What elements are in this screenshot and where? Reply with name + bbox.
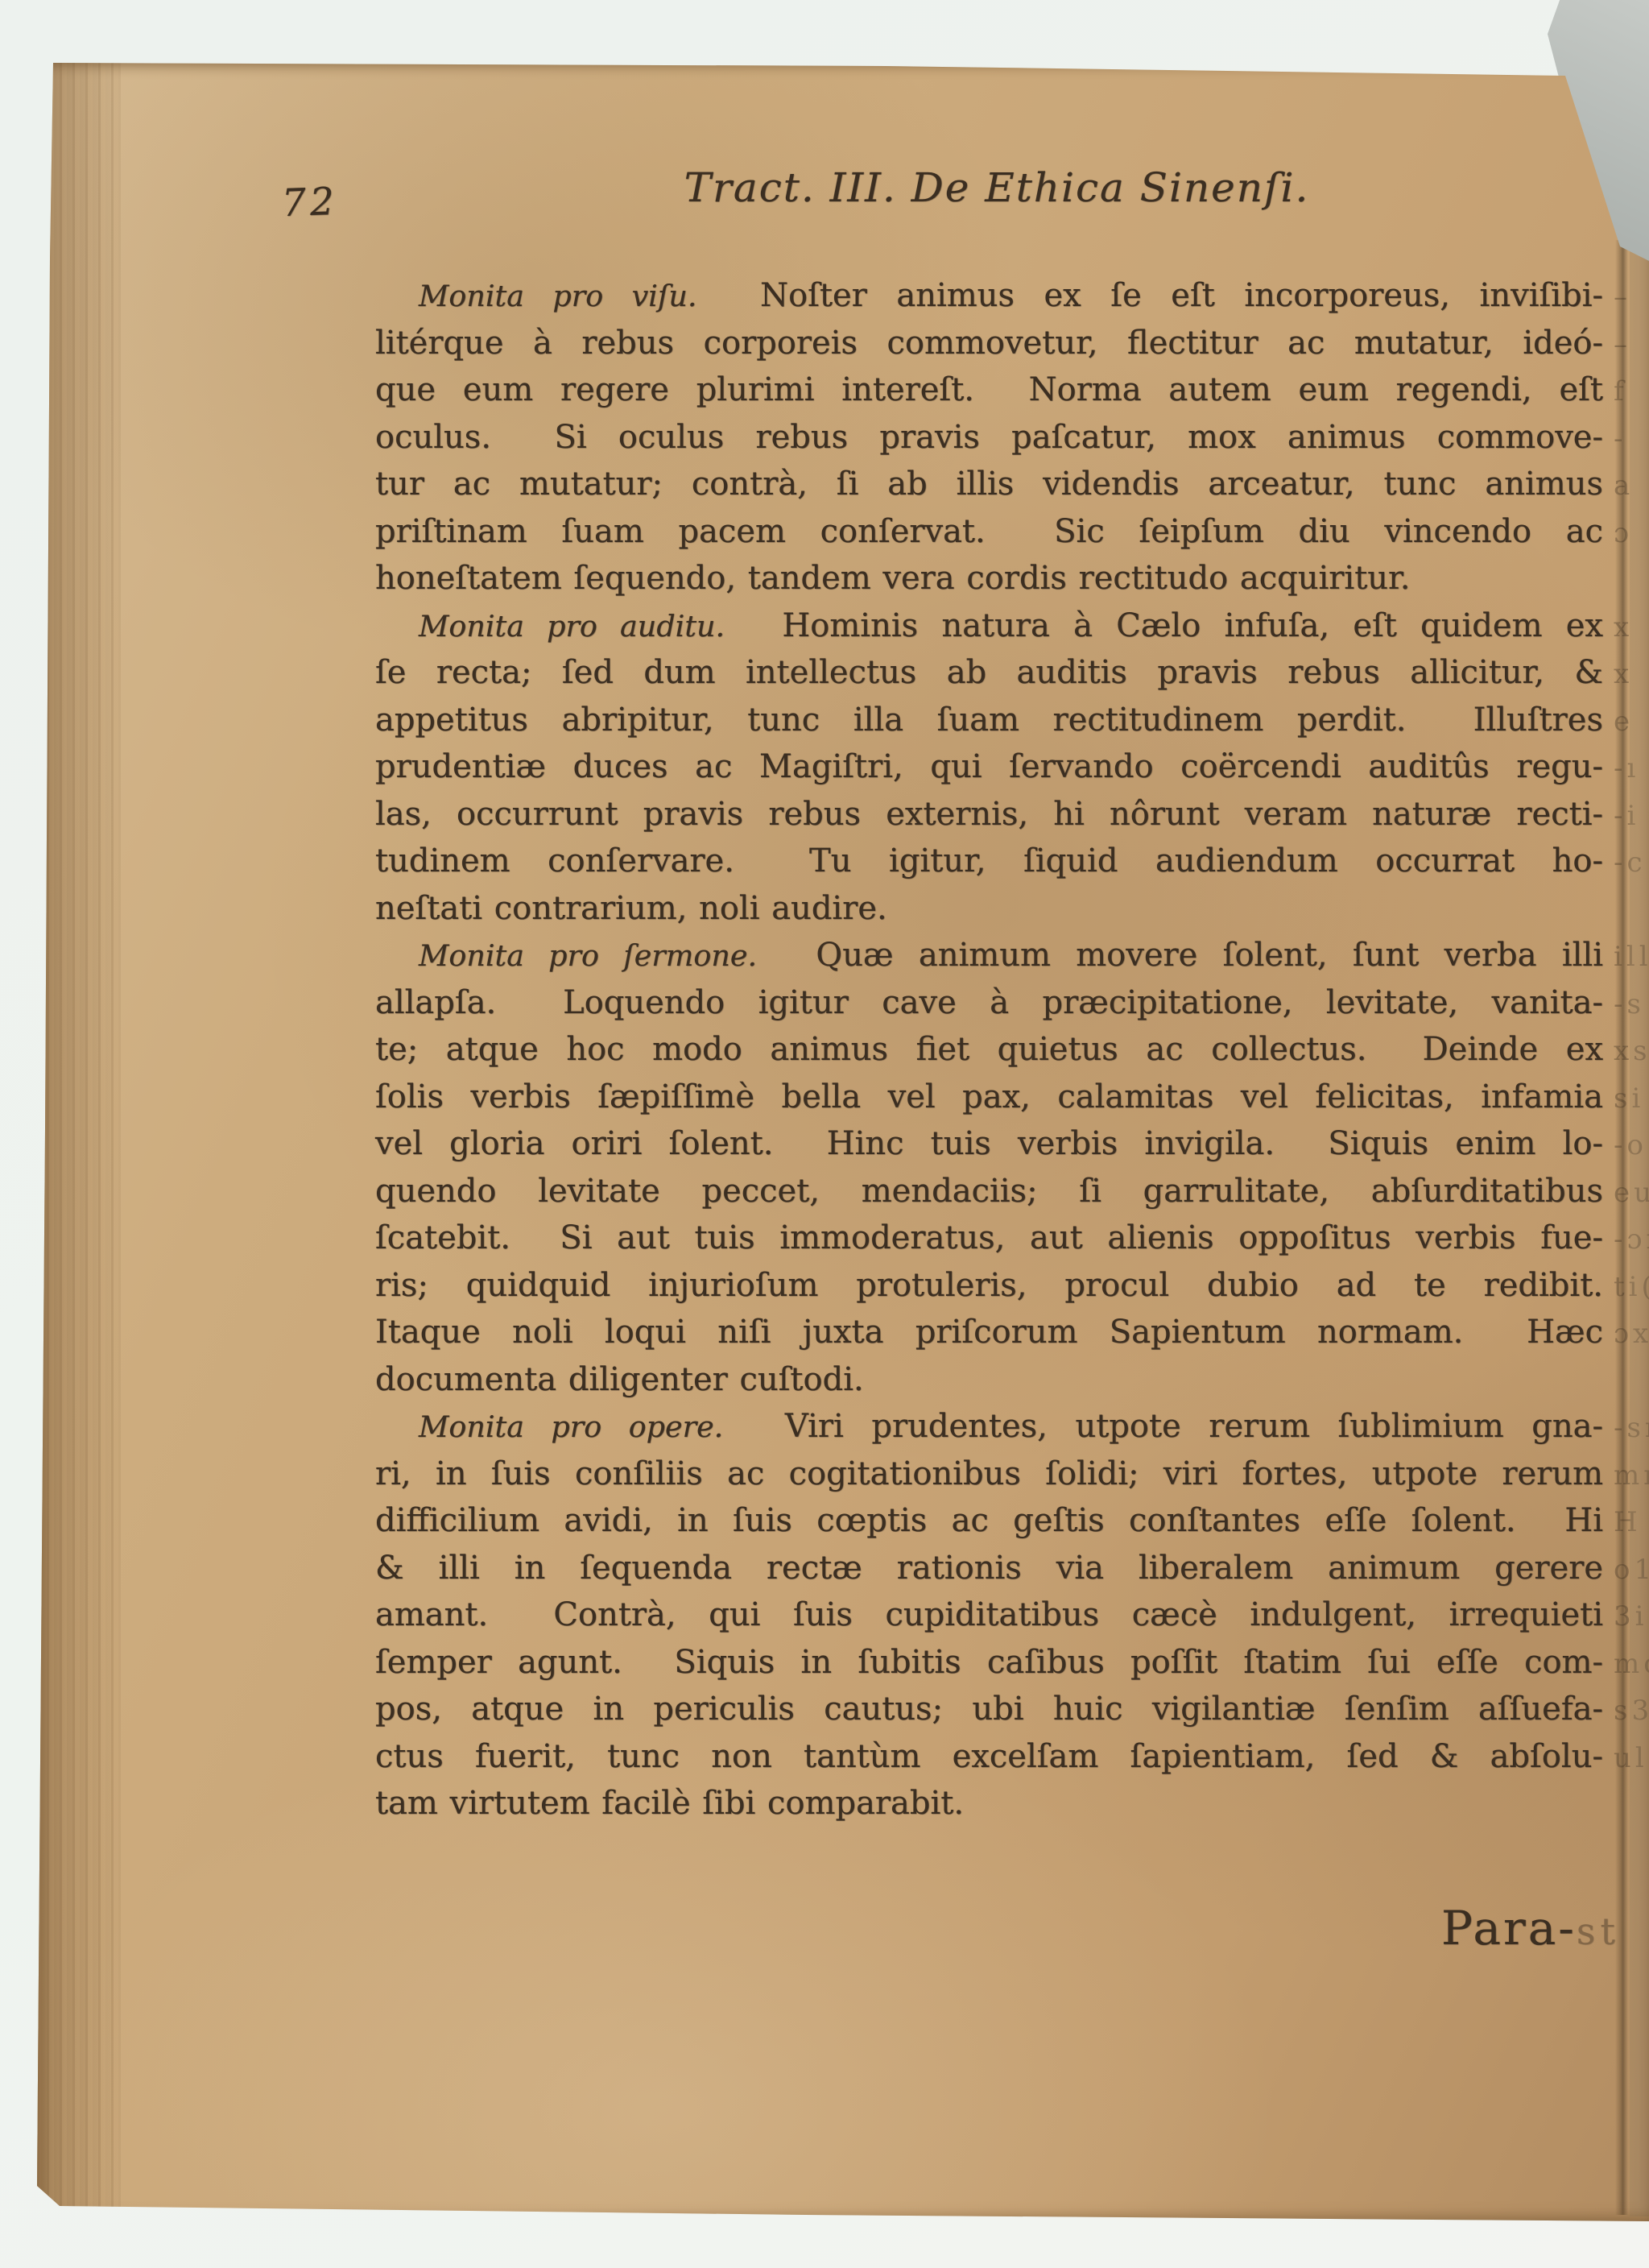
catchword-text: Para- xyxy=(1441,1901,1577,1956)
text-line: Monita pro ſermone. Quæ animum movere ſo… xyxy=(375,932,1603,979)
book-page: 72 Tract. III. De Ethica Sinenſi. Monita… xyxy=(0,0,1649,2268)
page-crease xyxy=(1615,240,1628,2215)
paragraph: Monita pro ſermone. Quæ animum movere ſo… xyxy=(375,932,1603,1403)
running-title: Tract. III. De Ethica Sinenſi. xyxy=(681,164,1312,211)
text-line: neſtati contrarium, noli audire. xyxy=(375,885,1603,933)
text-line: & illi in ſequenda rectæ rationis via li… xyxy=(375,1545,1603,1592)
line-text: & illi in ſequenda rectæ rationis via li… xyxy=(375,1550,1603,1587)
text-line: las, occurrunt pravis rebus externis, hi… xyxy=(375,791,1603,838)
text-line: ſemper agunt. Siquis in ſubitis caſibus … xyxy=(375,1639,1603,1687)
text-line: prudentiæ duces ac Magiſtri, qui ſervand… xyxy=(375,743,1603,791)
line-text: litérque à rebus corporeis commovetur, f… xyxy=(375,325,1603,362)
text-line: ſe recta; ſed dum intellectus ab auditis… xyxy=(375,649,1603,697)
catchword-bleed: st xyxy=(1577,1910,1620,1953)
text-line: difficilium avidi, in ſuis cœptis ac geſ… xyxy=(375,1497,1603,1545)
text-line: amant. Contrà, qui ſuis cupiditatibus cæ… xyxy=(375,1591,1603,1639)
text-line: ctus fuerit, tunc non tantùm excelſam ſa… xyxy=(375,1733,1603,1781)
text-line: ſolis verbis ſæpiſſimè bella vel pax, ca… xyxy=(375,1074,1603,1121)
text-line: tudinem conſervare. Tu igitur, ſiquid au… xyxy=(375,838,1603,885)
line-text: ris; quidquid injurioſum protuleris, pro… xyxy=(375,1267,1603,1304)
line-text: pos, atque in periculis cautus; ubi huic… xyxy=(375,1691,1603,1728)
text-line: Monita pro viſu. Noſter animus ex ſe eſt… xyxy=(375,272,1603,320)
paragraph-label: Monita pro auditu. xyxy=(419,609,725,644)
text-block: Monita pro viſu. Noſter animus ex ſe eſt… xyxy=(375,272,1603,1827)
line-text: Viri prudentes, utpote rerum ſublimium g… xyxy=(785,1408,1603,1445)
line-text: te; atque hoc modo animus fiet quietus a… xyxy=(375,1031,1603,1068)
text-line: tur ac mutatur; contrà, ſi ab illis vide… xyxy=(375,461,1603,508)
paragraph-label: Monita pro opere. xyxy=(419,1409,723,1444)
line-text: tudinem conſervare. Tu igitur, ſiquid au… xyxy=(375,842,1603,879)
text-line: vel gloria oriri ſolent. Hinc tuis verbi… xyxy=(375,1120,1603,1168)
line-text: neſtati contrarium, noli audire. xyxy=(375,890,887,927)
text-line: ri, in ſuis conſiliis ac cogitationibus … xyxy=(375,1451,1603,1498)
paragraph: Monita pro opere. Viri prudentes, utpote… xyxy=(375,1403,1603,1827)
line-text: honeſtatem ſequendo, tandem vera cordis … xyxy=(375,560,1411,597)
spine-edge xyxy=(34,56,121,2215)
catchword: Para-st xyxy=(1441,1901,1620,1956)
line-text: Hominis natura à Cælo infuſa, eſt quidem… xyxy=(782,607,1603,644)
line-text: ctus fuerit, tunc non tantùm excelſam ſa… xyxy=(375,1738,1603,1775)
line-text: priſtinam ſuam pacem conſervat. Sic ſeip… xyxy=(375,513,1603,550)
line-text: prudentiæ duces ac Magiſtri, qui ſervand… xyxy=(375,748,1603,785)
line-text: tam virtutem facilè ſibi comparabit. xyxy=(375,1785,964,1822)
line-text: Itaque noli loqui niſi juxta priſcorum S… xyxy=(375,1314,1603,1351)
text-line: te; atque hoc modo animus fiet quietus a… xyxy=(375,1026,1603,1074)
paragraph: Monita pro auditu. Hominis natura à Cælo… xyxy=(375,602,1603,933)
line-text: ſemper agunt. Siquis in ſubitis caſibus … xyxy=(375,1644,1603,1681)
line-text: las, occurrunt pravis rebus externis, hi… xyxy=(375,796,1603,833)
line-text: appetitus abripitur, tunc illa ſuam rect… xyxy=(375,702,1603,739)
line-text: vel gloria oriri ſolent. Hinc tuis verbi… xyxy=(375,1125,1603,1162)
line-text: documenta diligenter cuſtodi. xyxy=(375,1361,864,1398)
text-line: ſcatebit. Si aut tuis immoderatus, aut a… xyxy=(375,1215,1603,1262)
line-text: amant. Contrà, qui ſuis cupiditatibus cæ… xyxy=(375,1596,1603,1633)
page-edge xyxy=(1630,251,1649,2216)
paragraph-label: Monita pro ſermone. xyxy=(419,938,757,973)
scanner-background: 72 Tract. III. De Ethica Sinenſi. Monita… xyxy=(0,0,1649,2268)
line-text: ſolis verbis ſæpiſſimè bella vel pax, ca… xyxy=(375,1078,1603,1115)
text-line: tam virtutem facilè ſibi comparabit. xyxy=(375,1780,1603,1827)
page-number: 72 xyxy=(281,180,339,226)
line-text: ſcatebit. Si aut tuis immoderatus, aut a… xyxy=(375,1219,1603,1256)
text-line: documenta diligenter cuſtodi. xyxy=(375,1356,1603,1404)
line-text: que eum regere plurimi intereſt. Norma a… xyxy=(375,371,1603,408)
line-text: difficilium avidi, in ſuis cœptis ac geſ… xyxy=(375,1502,1603,1539)
text-line: litérque à rebus corporeis commovetur, f… xyxy=(375,320,1603,367)
line-text: quendo levitate peccet, mendaciis; ſi ga… xyxy=(375,1173,1603,1210)
text-line: pos, atque in periculis cautus; ubi huic… xyxy=(375,1686,1603,1733)
line-text: Quæ animum movere ſolent, ſunt verba ill… xyxy=(816,937,1603,974)
text-line: ris; quidquid injurioſum protuleris, pro… xyxy=(375,1262,1603,1310)
text-line: quendo levitate peccet, mendaciis; ſi ga… xyxy=(375,1168,1603,1215)
text-line: que eum regere plurimi intereſt. Norma a… xyxy=(375,366,1603,414)
text-line: oculus. Si oculus rebus pravis paſcatur,… xyxy=(375,414,1603,461)
line-text: tur ac mutatur; contrà, ſi ab illis vide… xyxy=(375,466,1603,503)
text-line: allapſa. Loquendo igitur cave à præcipit… xyxy=(375,979,1603,1027)
text-line: Monita pro auditu. Hominis natura à Cælo… xyxy=(375,602,1603,650)
text-line: appetitus abripitur, tunc illa ſuam rect… xyxy=(375,697,1603,744)
text-line: Itaque noli loqui niſi juxta priſcorum S… xyxy=(375,1309,1603,1356)
line-text: ſe recta; ſed dum intellectus ab auditis… xyxy=(375,654,1603,691)
line-text: ri, in ſuis conſiliis ac cogitationibus … xyxy=(375,1455,1603,1492)
line-text: oculus. Si oculus rebus pravis paſcatur,… xyxy=(375,419,1603,456)
text-line: honeſtatem ſequendo, tandem vera cordis … xyxy=(375,555,1603,602)
paragraph-label: Monita pro viſu. xyxy=(419,279,697,313)
paragraph: Monita pro viſu. Noſter animus ex ſe eſt… xyxy=(375,272,1603,602)
text-line: priſtinam ſuam pacem conſervat. Sic ſeip… xyxy=(375,508,1603,556)
text-line: Monita pro opere. Viri prudentes, utpote… xyxy=(375,1403,1603,1451)
line-text: allapſa. Loquendo igitur cave à præcipit… xyxy=(375,984,1603,1021)
line-text: Noſter animus ex ſe eſt incorporeus, inv… xyxy=(760,277,1603,314)
